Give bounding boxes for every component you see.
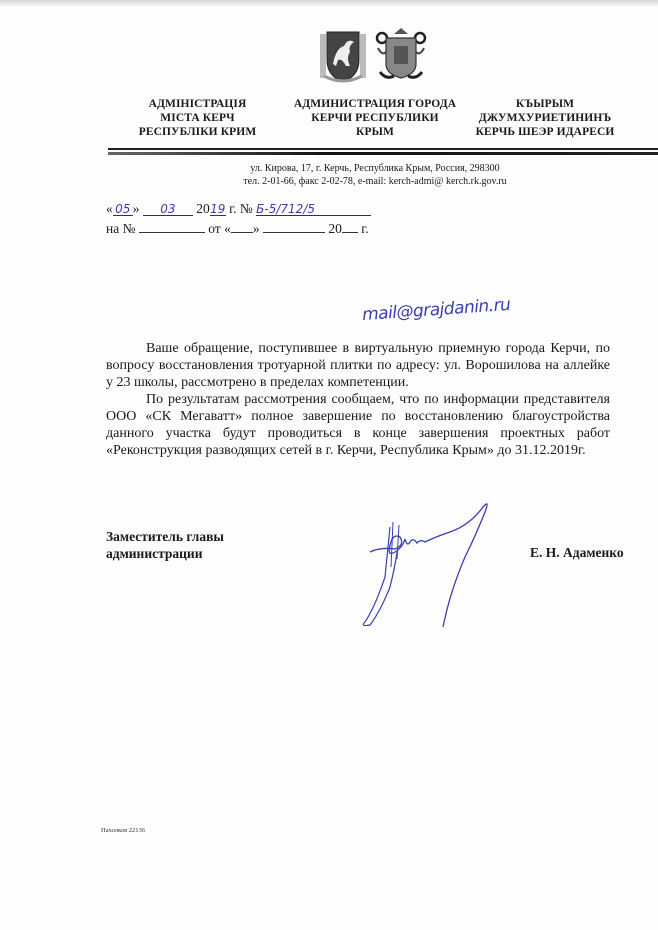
letterhead-line: ДЖУМХУРИЕТИНИНЪ xyxy=(470,111,620,125)
contact-address: ул. Кирова, 17, г. Керчь, Республика Кры… xyxy=(210,162,540,188)
quote: » xyxy=(133,201,140,216)
handwritten-number: Б-5/712/5 xyxy=(256,202,315,216)
letter-body: Ваше обращение, поступившее в виртуальну… xyxy=(106,340,610,459)
year-prefix: 20 xyxy=(196,201,210,216)
body-paragraph: Ваше обращение, поступившее в виртуальну… xyxy=(106,340,610,391)
executor-note: Пахолков 22136 xyxy=(101,827,145,834)
letter-page: АДМІНІСТРАЦІЯ МІСТА КЕРЧ РЕСПУБЛІКИ КРИМ… xyxy=(0,0,658,930)
incoming-number-blank xyxy=(139,218,205,233)
letterhead-line: АДМІНІСТРАЦІЯ xyxy=(135,97,260,111)
quote: » xyxy=(253,221,260,236)
outgoing-reference: «05» 03 2019 г. № Б-5/712/5 xyxy=(106,201,371,217)
header-divider-thick xyxy=(108,152,658,155)
number-label: г. № xyxy=(229,201,253,216)
date-year: 19 xyxy=(210,201,226,216)
role-line: администрации xyxy=(106,545,224,562)
address-line: ул. Кирова, 17, г. Керчь, Республика Кры… xyxy=(210,162,540,175)
handwritten-month: 03 xyxy=(160,202,175,216)
letterhead-line: РЕСПУБЛІКИ КРИМ xyxy=(135,125,260,139)
header-divider-thin xyxy=(108,148,658,150)
outgoing-number: Б-5/712/5 xyxy=(256,201,371,216)
year-prefix: 20 xyxy=(328,221,342,236)
year-suffix: г. xyxy=(361,221,368,236)
letterhead-line: КРЫМ xyxy=(290,125,460,139)
scan-edge xyxy=(0,0,658,6)
signatory-name: Е. Н. Адаменко xyxy=(530,545,624,561)
letterhead-line: АДМИНИСТРАЦИЯ ГОРОДА xyxy=(290,97,460,111)
letterhead-line: КЕРЧИ РЕСПУБЛИКИ xyxy=(290,111,460,125)
letterhead-crimean-tatar: КЪЫРЫМ ДЖУМХУРИЕТИНИНЪ КЕРЧЬ ШЕЭР ИДАРЕС… xyxy=(470,97,620,139)
handwritten-year: 19 xyxy=(210,202,225,216)
role-line: Заместитель главы xyxy=(106,528,224,545)
incoming-reference: на № от «» 20 г. xyxy=(106,218,369,237)
incoming-year-blank xyxy=(342,218,358,233)
letterhead-line: КЪЫРЫМ xyxy=(470,97,620,111)
date-month: 03 xyxy=(143,201,193,216)
crimea-coat-of-arms-icon xyxy=(318,26,368,84)
body-paragraph: По результатам рассмотрения сообщаем, чт… xyxy=(106,391,610,459)
emblems xyxy=(318,26,428,84)
date-day: 05 xyxy=(113,201,133,216)
letterhead-line: КЕРЧЬ ШЕЭР ИДАРЕСИ xyxy=(470,125,620,139)
incoming-label: на № xyxy=(106,221,135,236)
letterhead-ukrainian: АДМІНІСТРАЦІЯ МІСТА КЕРЧ РЕСПУБЛІКИ КРИМ xyxy=(135,97,260,139)
incoming-month-blank xyxy=(263,218,325,233)
quote: « xyxy=(106,201,113,216)
signature-icon xyxy=(355,497,505,637)
from-label: от « xyxy=(208,221,231,236)
incoming-day-blank xyxy=(231,218,253,233)
letterhead-russian: АДМИНИСТРАЦИЯ ГОРОДА КЕРЧИ РЕСПУБЛИКИ КР… xyxy=(290,97,460,139)
kerch-coat-of-arms-icon xyxy=(374,26,428,84)
handwritten-day: 05 xyxy=(115,202,130,216)
handwritten-recipient: mail@grajdanin.ru xyxy=(361,295,511,325)
letterhead-line: МІСТА КЕРЧ xyxy=(135,111,260,125)
signatory-role: Заместитель главы администрации xyxy=(106,528,224,562)
contact-line: тел. 2-01-66, факс 2-02-78, e-mail: kerc… xyxy=(210,175,540,188)
